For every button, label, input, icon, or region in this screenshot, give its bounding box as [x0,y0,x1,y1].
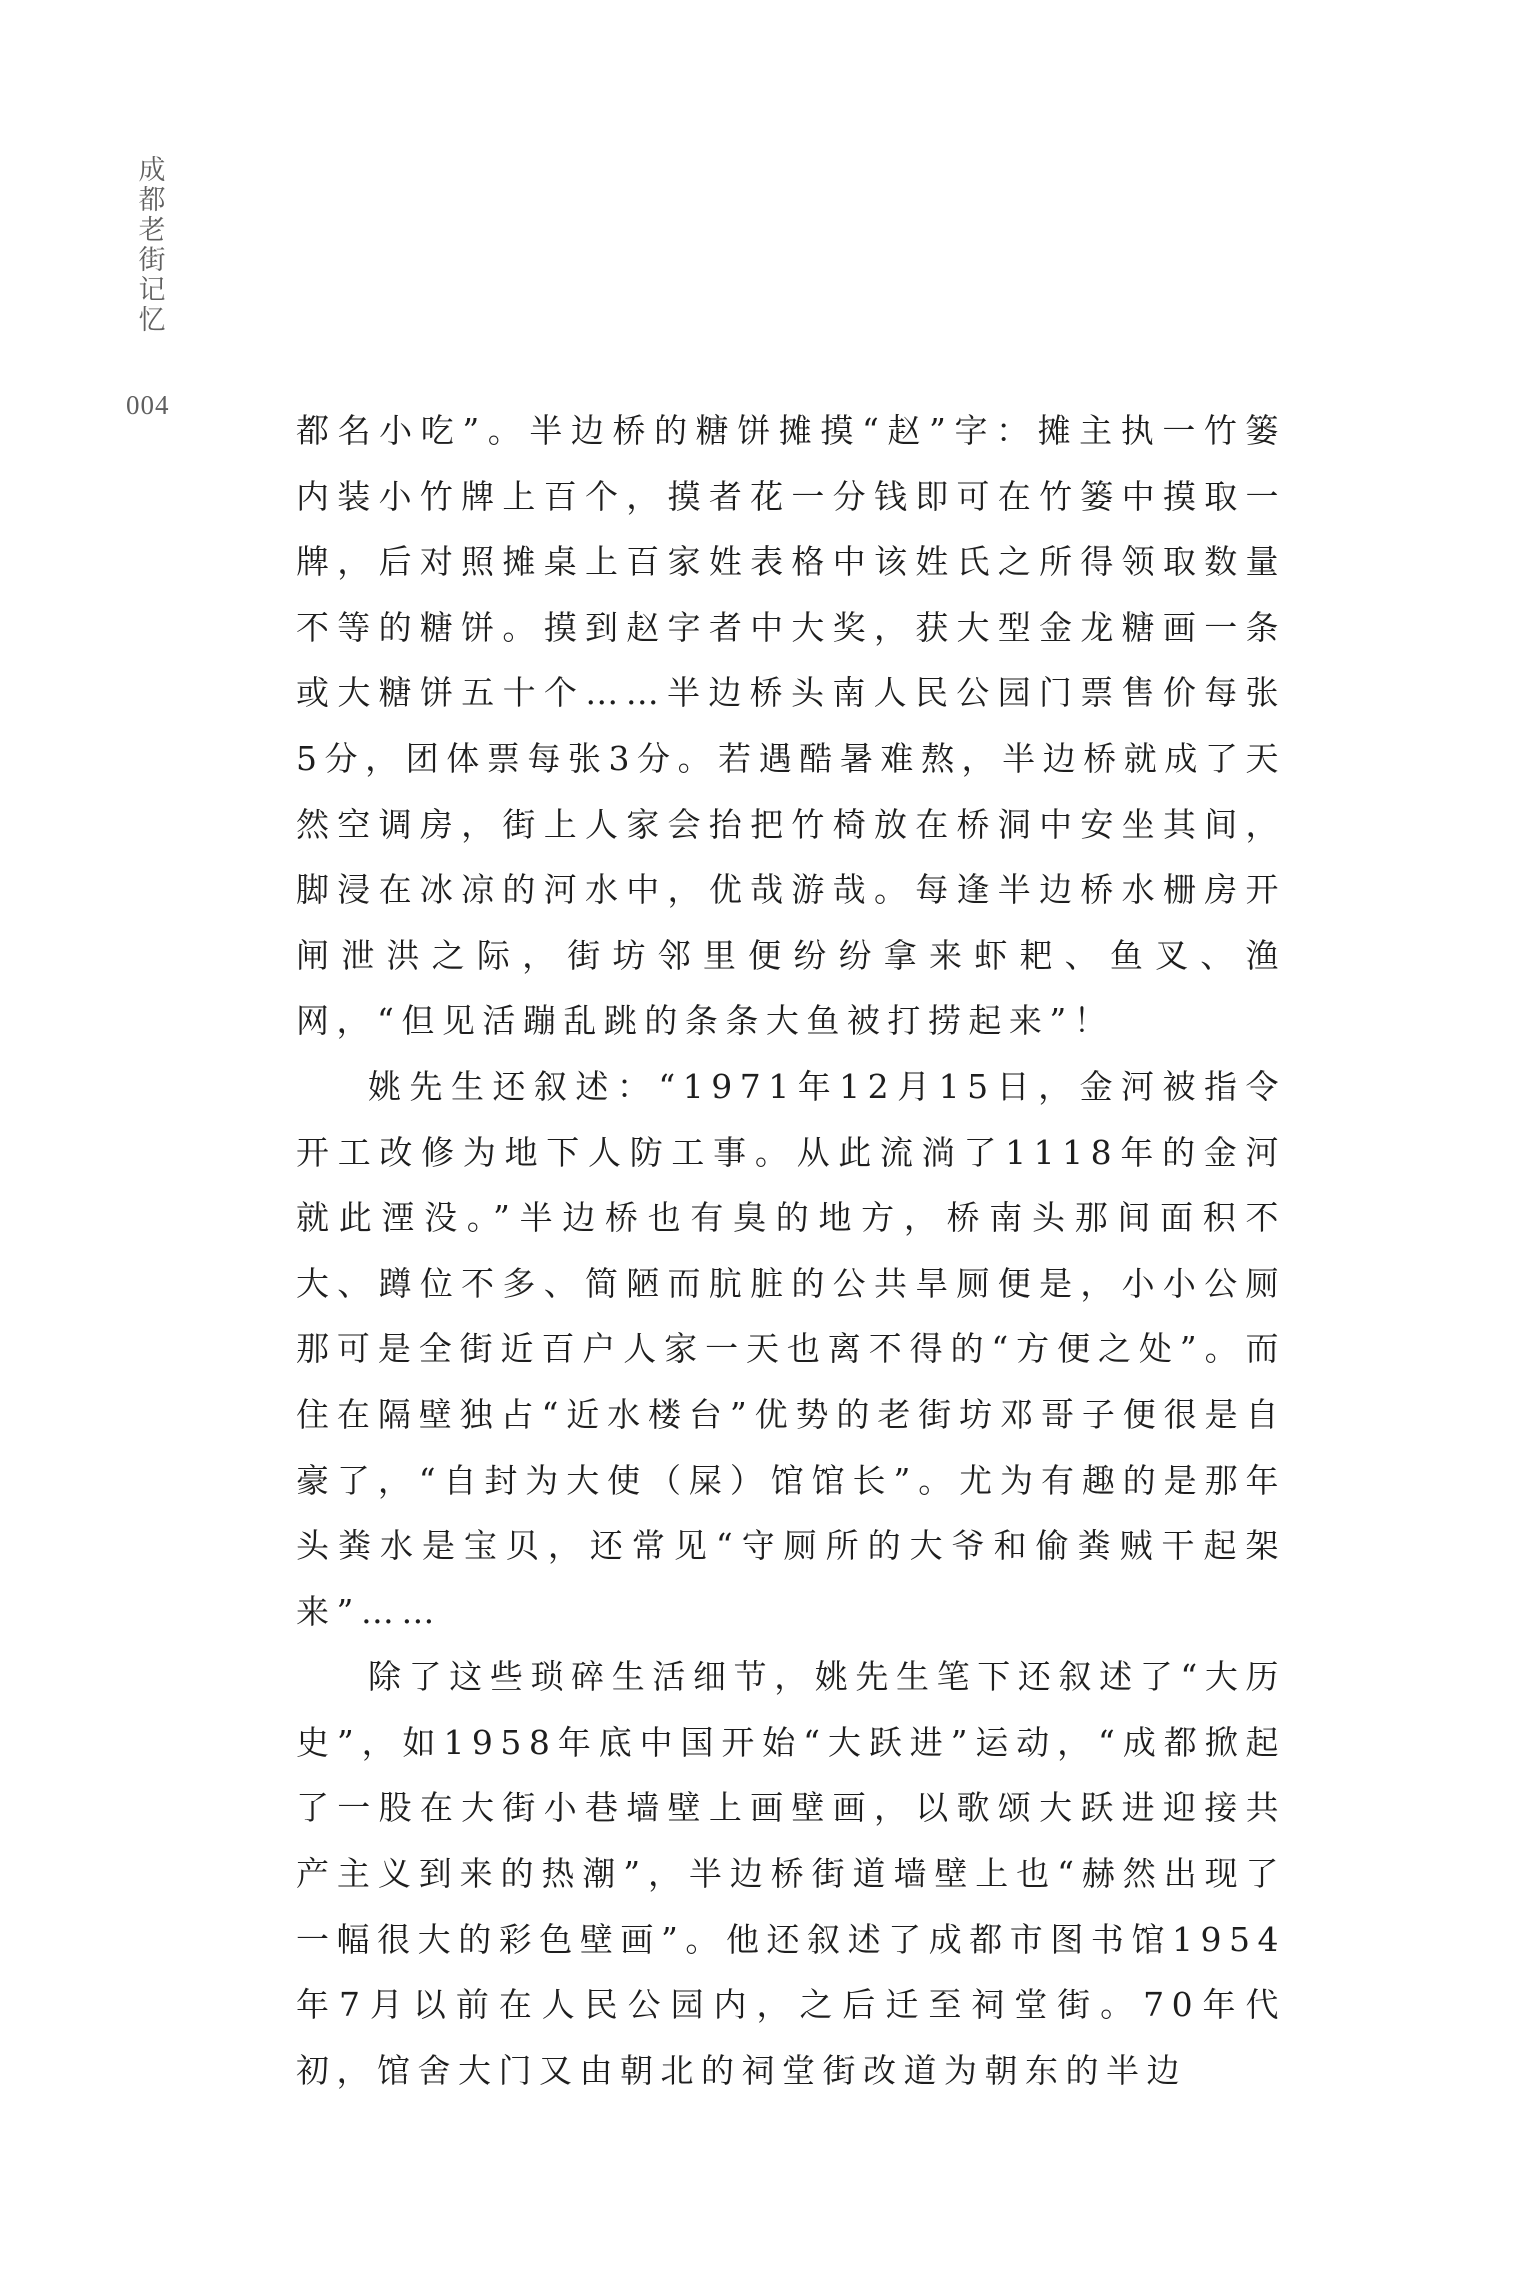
paragraph: 姚先生还叙述：“1971年12月15日，金河被指令开工改修为地下人防工事。从此流… [296,1054,1286,1644]
running-head-book-title: 成都老街记忆 [136,156,168,336]
page-number: 004 [126,390,170,421]
paragraph: 除了这些琐碎生活细节，姚先生笔下还叙述了“大历史”，如1958年底中国开始“大跃… [296,1644,1286,2103]
body-text: 都名小吃”。半边桥的糖饼摊摸“赵”字：摊主执一竹篓内装小竹牌上百个，摸者花一分钱… [296,398,1286,2103]
paragraph: 都名小吃”。半边桥的糖饼摊摸“赵”字：摊主执一竹篓内装小竹牌上百个，摸者花一分钱… [296,398,1286,1054]
